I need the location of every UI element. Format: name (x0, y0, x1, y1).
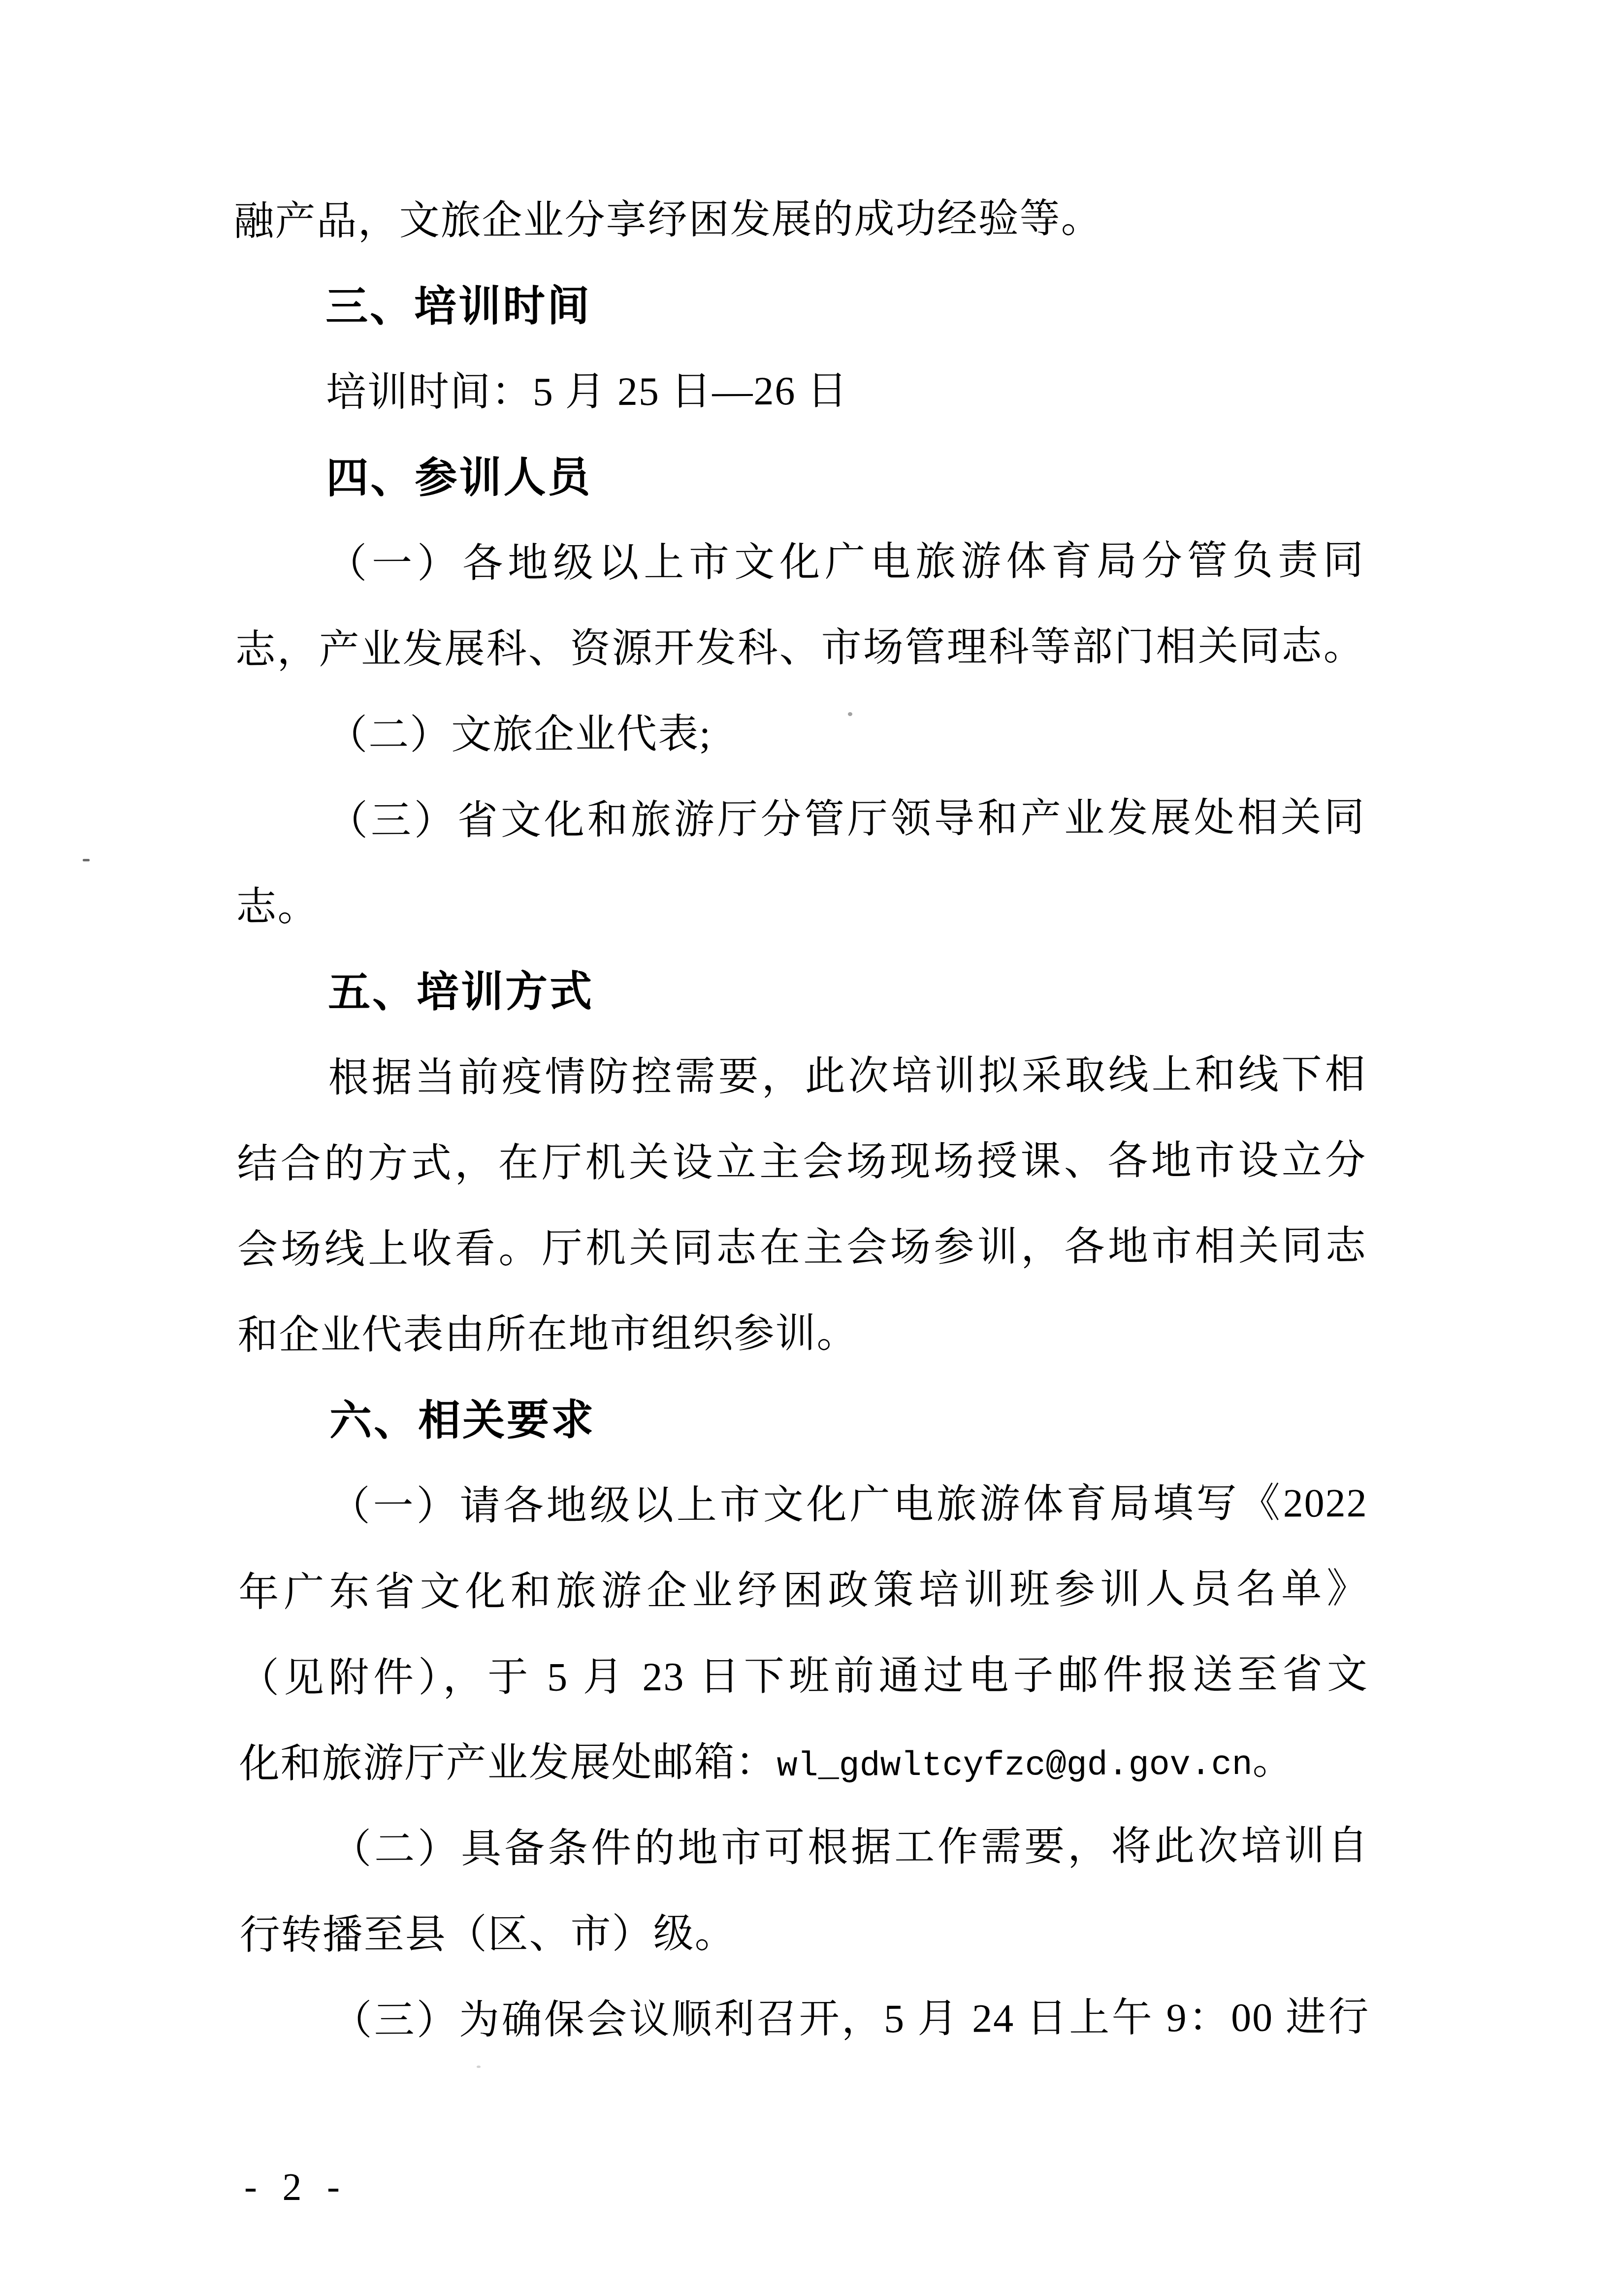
body-line: 志，产业发展科、资源开发科、市场管理科等部门相关同志。 (235, 603, 1365, 693)
scan-speck (477, 2066, 481, 2068)
body-line: 行转播至县（区、市）级。 (239, 1889, 1369, 1978)
page-number: - 2 - (244, 2163, 348, 2210)
scanned-document-page: 融产品，文旅企业分享纾困发展的成功经验等。 三、培训时间 培训时间：5 月 25… (0, 0, 1618, 2296)
body-line: 志。 (236, 860, 1366, 950)
section-heading: 四、参训人员 (234, 432, 1364, 522)
body-line: （见附件），于 5 月 23 日下班前通过电子邮件报送至省文 (239, 1632, 1369, 1721)
body-line: （一）请各地级以上市文化广电旅游体育局填写《2022 (238, 1460, 1368, 1550)
email-address: wl_gdwltcyfzc@gd.gov.cn (777, 1746, 1252, 1786)
body-line: 融产品，文旅企业分享纾困发展的成功经验等。 (233, 175, 1363, 264)
body-line: 结合的方式，在厅机关设立主会场现场授课、各地市设立分 (237, 1117, 1367, 1207)
body-line: （二）文旅企业代表; (235, 689, 1365, 779)
section-heading: 三、培训时间 (234, 261, 1364, 350)
body-line: 年广东省文化和旅游企业纾困政策培训班参训人员名单》 (238, 1546, 1368, 1636)
scan-speck (848, 712, 852, 716)
body-line: 根据当前疫情防控需要，此次培训拟采取线上和线下相 (236, 1032, 1366, 1121)
section-heading: 六、相关要求 (238, 1375, 1368, 1464)
body-line: 培训时间：5 月 25 日—26 日 (234, 346, 1364, 436)
document-body: 融产品，文旅企业分享纾困发展的成功经验等。 三、培训时间 培训时间：5 月 25… (233, 175, 1369, 2064)
scan-speck (83, 859, 90, 861)
body-line: （三）省文化和旅游厅分管厅领导和产业发展处相关同 (236, 775, 1366, 864)
body-line: 会场线上收看。厅机关同志在主会场参训，各地市相关同志 (237, 1203, 1367, 1293)
body-line: 和企业代表由所在地市组织参训。 (237, 1289, 1367, 1378)
body-line-with-email: 化和旅游厅产业发展处邮箱：wl_gdwltcyfzc@gd.gov.cn。 (239, 1717, 1369, 1807)
body-line: （二）具备条件的地市可根据工作需要，将此次培训自 (239, 1803, 1369, 1893)
section-heading: 五、培训方式 (236, 946, 1366, 1036)
email-line-prefix: 化和旅游厅产业发展处邮箱： (239, 1739, 777, 1786)
email-line-suffix: 。 (1253, 1738, 1294, 1783)
body-line: （三）为确保会议顺利召开，5 月 24 日上午 9：00 进行 (240, 1974, 1370, 2064)
body-line: （一）各地级以上市文化广电旅游体育局分管负责同 (235, 518, 1365, 607)
